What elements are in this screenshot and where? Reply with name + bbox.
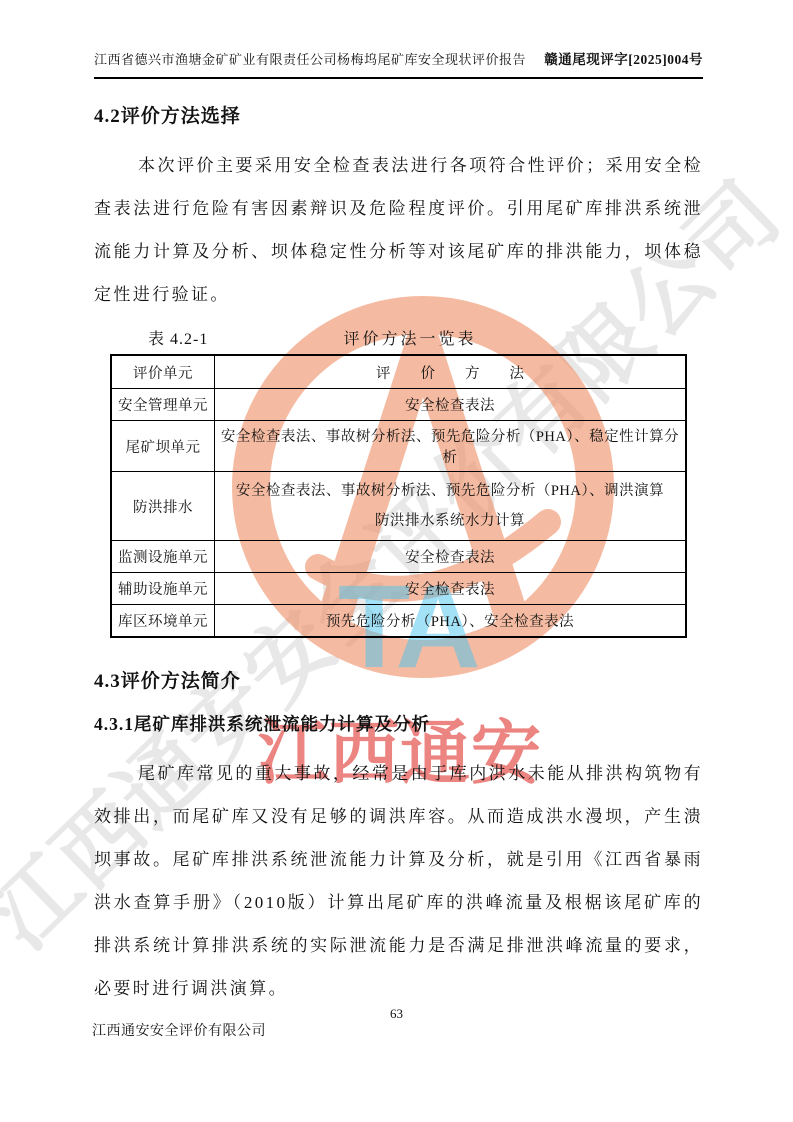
footer-company-name: 江西通安安全评价有限公司 xyxy=(92,1020,266,1040)
table-cell-methods: 安全检查表法、事故树分析法、预先危险分析（PHA）、稳定性计算分析 xyxy=(215,421,687,472)
table-header-unit: 评价单元 xyxy=(111,355,215,389)
running-header: 江西省德兴市渔塘金矿矿业有限责任公司杨梅坞尾矿库安全现状评价报告 赣通尾现评字[… xyxy=(94,48,703,79)
table-cell-methods: 预先危险分析（PHA）、安全检查表法 xyxy=(215,605,687,638)
section-4-2-heading: 4.2评价方法选择 xyxy=(94,101,703,128)
section-4-3-heading: 4.3评价方法简介 xyxy=(94,666,703,693)
table-cell-unit: 安全管理单元 xyxy=(111,389,215,421)
table-caption-title: 评价方法一览表 xyxy=(344,326,477,349)
table-cell-methods: 安全检查表法 xyxy=(215,389,687,421)
header-report-title: 江西省德兴市渔塘金矿矿业有限责任公司杨梅坞尾矿库安全现状评价报告 xyxy=(94,49,526,68)
table-cell-unit: 辅助设施单元 xyxy=(111,573,215,605)
evaluation-methods-table: 评价单元 评价方法 安全管理单元 安全检查表法 尾矿坝单元 安全检查表法、事故树… xyxy=(110,354,687,638)
table-cell-unit: 监测设施单元 xyxy=(111,541,215,573)
table-caption: 表 4.2-1 评价方法一览表 xyxy=(110,326,687,352)
table-header-method: 评价方法 xyxy=(215,355,687,389)
table-cell-methods: 安全检查表法、事故树分析法、预先危险分析（PHA）、调洪演算 防洪排水系统水力计… xyxy=(215,472,687,541)
table-cell-unit: 库区环境单元 xyxy=(111,605,215,638)
table-caption-label: 表 4.2-1 xyxy=(148,326,208,349)
table-cell-unit: 尾矿坝单元 xyxy=(111,421,215,472)
table-row: 安全管理单元 安全检查表法 xyxy=(111,389,686,421)
table-cell-methods: 安全检查表法 xyxy=(215,573,687,605)
section-4-3-1-heading: 4.3.1尾矿库排洪系统泄流能力计算及分析 xyxy=(94,711,703,736)
table-header-row: 评价单元 评价方法 xyxy=(111,355,686,389)
method-line-2: 防洪排水系统水力计算 xyxy=(217,506,683,536)
table-cell-methods: 安全检查表法 xyxy=(215,541,687,573)
table-row: 尾矿坝单元 安全检查表法、事故树分析法、预先危险分析（PHA）、稳定性计算分析 xyxy=(111,421,686,472)
table-row: 库区环境单元 预先危险分析（PHA）、安全检查表法 xyxy=(111,605,686,638)
table-row: 辅助设施单元 安全检查表法 xyxy=(111,573,686,605)
header-document-number: 赣通尾现评字[2025]004号 xyxy=(544,48,703,68)
page-content: 江西省德兴市渔塘金矿矿业有限责任公司杨梅坞尾矿库安全现状评价报告 赣通尾现评字[… xyxy=(0,0,793,1010)
section-4-2-paragraph: 本次评价主要采用安全检查表法进行各项符合性评价；采用安全检查表法进行危险有害因素… xyxy=(94,144,703,316)
table-row: 监测设施单元 安全检查表法 xyxy=(111,541,686,573)
table-row: 防洪排水 安全检查表法、事故树分析法、预先危险分析（PHA）、调洪演算 防洪排水… xyxy=(111,472,686,541)
section-4-3-1-paragraph: 尾矿库常见的重大事故，经常是由于库内洪水未能从排洪构筑物有效排出，而尾矿库又没有… xyxy=(94,752,703,1010)
document-page: 江西通安安全评价有限公司 TA 江西通安 江西省德兴市渔塘金矿矿业有限责任公司杨… xyxy=(0,0,793,1122)
method-line-1: 安全检查表法、事故树分析法、预先危险分析（PHA）、调洪演算 xyxy=(217,476,683,506)
table-cell-unit: 防洪排水 xyxy=(111,472,215,541)
